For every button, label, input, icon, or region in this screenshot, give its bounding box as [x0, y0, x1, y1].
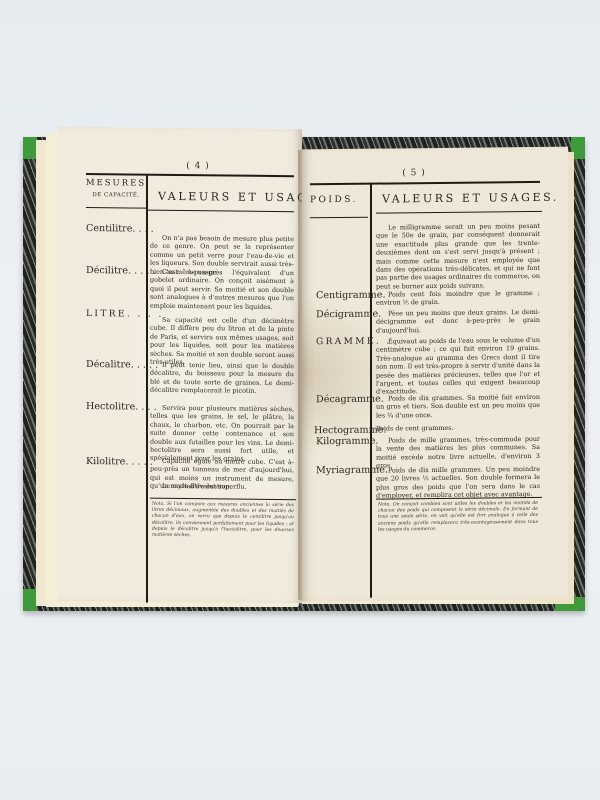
header-rule — [148, 210, 294, 213]
entry-text: Servira pour plusieurs matières sèches, … — [150, 404, 294, 464]
column-divider — [370, 184, 372, 598]
entry-text: Poids de dix mille grammes. Un peu moind… — [376, 465, 540, 500]
entry-text: Poids cent fois moindre que le gramme ; … — [376, 289, 540, 308]
term-decalitre: Décalitre. . . . . — [86, 359, 158, 371]
column-header-weights: POIDS. — [310, 195, 358, 206]
header-rule — [310, 181, 540, 185]
entry-text: Il peut tenir lieu, ainsi que le double … — [150, 361, 294, 396]
entry-text: Poids de dix grammes. Sa moitié fait env… — [376, 393, 540, 420]
page-number: ( 4 ) — [178, 161, 218, 171]
term-decigramme: Décigramme. — [316, 309, 381, 321]
entry-text: C'est à-peu-près l'équivalent d'un gobel… — [150, 268, 294, 312]
header-rule — [86, 207, 146, 209]
column-header-values: VALEURS ET USAGES. — [382, 191, 559, 206]
cover-corner-tip — [23, 589, 37, 611]
column-header-measures: MESURES DE CAPACITÉ. — [84, 177, 148, 202]
footnote: Nota. Si l'on compare aux mesures ancien… — [152, 502, 294, 541]
header-rule — [310, 217, 368, 219]
cover-corner-tip — [23, 137, 37, 159]
left-page[interactable]: ( 4 ) MESURES DE CAPACITÉ. VALEURS ET US… — [58, 127, 302, 604]
entry-text: Équivaut au poids de l'eau sous le volum… — [376, 336, 540, 397]
intro-text: Le milligramme serait un peu moins pesan… — [376, 222, 540, 291]
footnote: Nota. On conçoit combien sont utiles les… — [378, 501, 538, 534]
term-centilitre: Centilitre. . . . — [86, 223, 154, 235]
header-rule — [376, 211, 542, 214]
term-hectolitre: Hectolitre. . . . — [86, 401, 157, 413]
entry-text: Sa capacité est celle d'un décimètre cub… — [150, 316, 294, 368]
column-divider — [146, 175, 148, 603]
term-decagramme: Décagramme. — [316, 394, 384, 406]
note-rule — [150, 498, 296, 501]
entry-text: Pèse un peu moins que deux grains. Le de… — [376, 308, 540, 335]
right-page[interactable]: ( 5 ) POIDS. VALEURS ET USAGES. Le milli… — [302, 147, 568, 602]
term-kilolitre: Kilolitre. . . . . — [86, 456, 153, 468]
entry-text: Poids de cent grammes. — [376, 423, 540, 433]
term-kilogramme: Kilogramme. — [316, 436, 378, 448]
page-number: ( 5 ) — [394, 168, 434, 178]
entry-text: Le myrialitre est superflu. — [150, 482, 294, 492]
term-decilitre: Décilitre. . . . . — [86, 265, 156, 277]
